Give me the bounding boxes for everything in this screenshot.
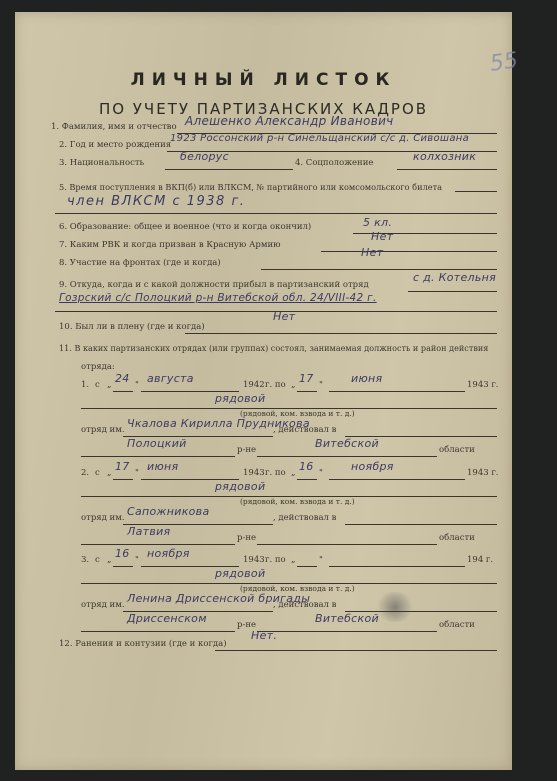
field-label: 1. Фамилия, имя и отчество <box>51 122 177 132</box>
field-value-nationality: белорус <box>180 150 229 163</box>
unit-from-label: с <box>95 468 100 478</box>
unit-from-year: 1942 <box>243 380 265 390</box>
field-line <box>55 213 497 214</box>
field-label: 2. Год и место рождения <box>59 140 171 150</box>
field-value-captivity: Нет <box>273 310 295 323</box>
field-line <box>257 456 437 457</box>
acted-in-label: , действовал в <box>273 600 336 610</box>
unit-to-month: июня <box>351 372 382 385</box>
field-label: 10. Был ли в плену (где и когда) <box>59 322 205 332</box>
field-line <box>397 169 497 170</box>
unit-to-year: 1943 г. <box>467 380 499 390</box>
field-line <box>408 291 497 292</box>
unit-from-day: 16 <box>115 547 130 560</box>
field-value-wounds: Нет. <box>251 629 277 642</box>
quote-close: " <box>135 555 139 565</box>
unit-oblast: Витебской <box>315 437 379 450</box>
field-line <box>329 566 465 567</box>
quote-open: „ <box>107 468 111 478</box>
document-page: 55 ЛИЧНЫЙ ЛИСТОК ПО УЧЕТУ ПАРТИЗАНСКИХ К… <box>15 12 512 770</box>
field-value-name: Алешенко Александр Иванович <box>185 114 394 128</box>
field-value-fronts: Нет <box>361 246 383 259</box>
unit-to-label: г. по <box>265 468 286 478</box>
unit-from-label: с <box>95 555 100 565</box>
field-line <box>329 391 465 392</box>
field-line <box>81 456 235 457</box>
detachment-prefix: отряд им. <box>81 425 125 435</box>
field-line <box>113 479 133 480</box>
field-line <box>81 544 235 545</box>
field-label: 3. Национальность <box>59 158 144 168</box>
quote-close: " <box>319 380 323 390</box>
unit-to-label: г. по <box>265 555 286 565</box>
district-suffix: р-не <box>237 533 256 543</box>
quote-open: „ <box>107 380 111 390</box>
unit-from-year: 1943 <box>243 555 265 565</box>
unit-role: рядовой <box>215 567 265 580</box>
quote-open: „ <box>291 380 295 390</box>
field-line <box>329 479 465 480</box>
acted-in-label: , действовал в <box>273 513 336 523</box>
field-label: отряда: <box>81 362 115 372</box>
quote-close: " <box>135 468 139 478</box>
field-label: 11. В каких партизанских отрядах (или гр… <box>59 343 488 353</box>
role-caption: (рядовой, ком. взвода и т. д.) <box>240 497 355 506</box>
field-value-birth: 1923 Россонский р-н Синельщанский с/с д.… <box>170 133 469 144</box>
field-value-arrival-1: с д. Котельня <box>413 271 496 284</box>
field-label: 8. Участие на фронтах (где и когда) <box>59 258 221 268</box>
ink-stamp-mark <box>375 592 415 622</box>
field-line <box>455 191 497 192</box>
quote-close: " <box>319 555 323 565</box>
unit-to-day: 17 <box>299 372 314 385</box>
detachment-prefix: отряд им. <box>81 600 125 610</box>
field-line <box>297 479 317 480</box>
field-line <box>297 391 317 392</box>
unit-to-day: 16 <box>299 460 314 473</box>
field-label: 12. Ранения и контузии (где и когда) <box>59 639 227 649</box>
field-label: 6. Образование: общее и военное (что и к… <box>59 222 311 232</box>
unit-role: рядовой <box>215 392 265 405</box>
unit-number: 3. <box>81 555 89 565</box>
unit-district: Полоцкий <box>127 437 187 450</box>
field-line <box>297 566 317 567</box>
field-label: 7. Каким РВК и когда призван в Красную А… <box>59 240 281 250</box>
unit-from-label: с <box>95 380 100 390</box>
field-value-komsomol: член ВЛКСМ с 1938 г. <box>67 194 245 209</box>
detachment-prefix: отряд им. <box>81 513 125 523</box>
field-line <box>257 631 437 632</box>
quote-open: „ <box>291 555 295 565</box>
field-line <box>185 333 497 334</box>
oblast-suffix: области <box>439 533 475 543</box>
unit-from-month: августа <box>147 372 194 385</box>
unit-detachment: Сапожникова <box>127 505 210 518</box>
field-label: 5. Время поступления в ВКП(б) или ВЛКСМ,… <box>59 182 442 192</box>
unit-from-month: ноября <box>147 547 190 560</box>
field-line <box>261 269 497 270</box>
field-line <box>113 566 133 567</box>
quote-open: „ <box>107 555 111 565</box>
field-line <box>113 391 133 392</box>
unit-to-label: г. по <box>265 380 286 390</box>
field-line <box>215 650 497 651</box>
district-suffix: р-не <box>237 445 256 455</box>
unit-to-year: 194 г. <box>467 555 493 565</box>
unit-from-day: 17 <box>115 460 130 473</box>
field-value-arrival-2: Гозрский с/с Полоцкий р-н Витебской обл.… <box>59 292 377 304</box>
field-line <box>345 524 497 525</box>
unit-district: Латвия <box>127 525 170 538</box>
field-value-army: Нет <box>371 230 393 243</box>
field-value-education: 5 кл. <box>363 216 392 229</box>
unit-from-day: 24 <box>115 372 130 385</box>
unit-to-month: ноября <box>351 460 394 473</box>
field-line <box>257 544 437 545</box>
unit-number: 2. <box>81 468 89 478</box>
field-line <box>321 251 497 252</box>
field-line <box>165 169 293 170</box>
unit-oblast: Витебской <box>315 612 379 625</box>
field-value-social: колхозник <box>413 150 476 163</box>
field-line <box>81 631 235 632</box>
document-title: ЛИЧНЫЙ ЛИСТОК <box>15 70 512 90</box>
unit-to-year: 1943 г. <box>467 468 499 478</box>
oblast-suffix: области <box>439 620 475 630</box>
quote-close: " <box>135 380 139 390</box>
quote-open: „ <box>291 468 295 478</box>
unit-district: Дриссенском <box>127 612 207 625</box>
oblast-suffix: области <box>439 445 475 455</box>
unit-role: рядовой <box>215 480 265 493</box>
acted-in-label: , действовал в <box>273 425 336 435</box>
unit-number: 1. <box>81 380 89 390</box>
field-label: 4. Соцположение <box>295 158 373 168</box>
unit-from-year: 1943 <box>243 468 265 478</box>
unit-from-month: июня <box>147 460 178 473</box>
field-label: 9. Откуда, когда и с какой должности при… <box>59 280 369 290</box>
quote-close: " <box>319 468 323 478</box>
